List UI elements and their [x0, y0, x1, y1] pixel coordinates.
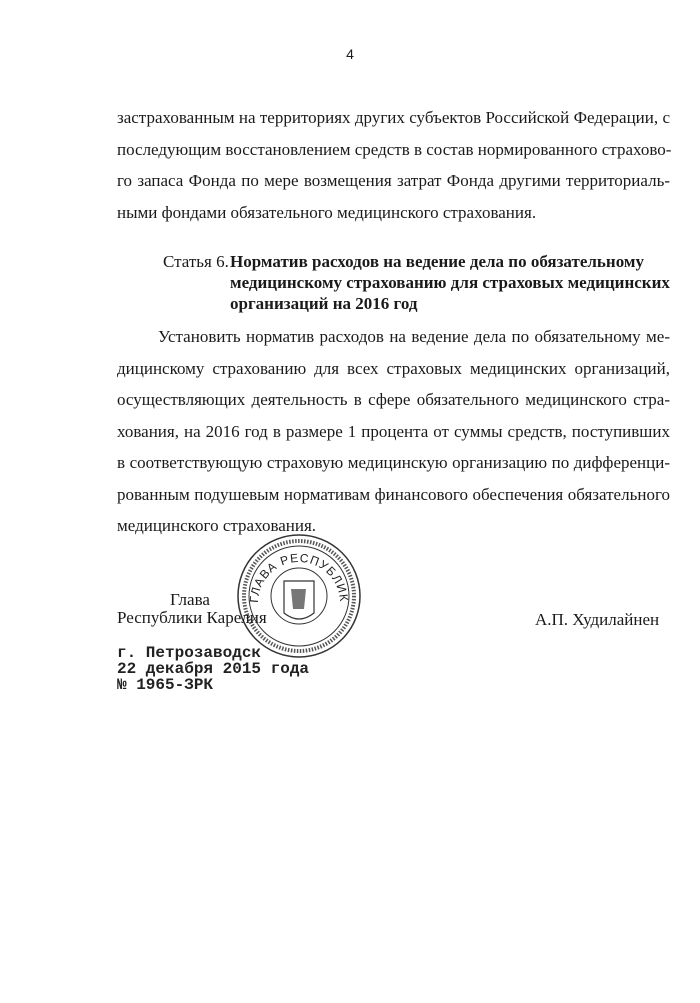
article-label: Статья 6. — [163, 251, 229, 272]
page-number: 4 — [0, 46, 700, 62]
text-line: рованным подушевым нормативам финансовог… — [117, 479, 670, 511]
title-line: медицинскому страхованию для страховых м… — [230, 272, 670, 293]
text-line: медицинского страхования. — [117, 510, 670, 542]
text-line: застрахованным на территориях других суб… — [117, 102, 670, 134]
text-line: Установить норматив расходов на ведение … — [117, 321, 670, 353]
official-seal-icon: ГЛАВА РЕСПУБЛИКИ КАРЕЛИЯ — [236, 533, 362, 659]
paragraph-continuation: застрахованным на территориях других суб… — [117, 102, 670, 228]
text-line: го запаса Фонда по мере возмещения затра… — [117, 165, 670, 197]
text-line: осуществляющих деятельность в сфере обяз… — [117, 384, 670, 416]
registration-stamp: г. Петрозаводск 22 декабря 2015 года № 1… — [117, 645, 309, 693]
stamp-date: 22 декабря 2015 года — [117, 661, 309, 677]
text-line: хования, на 2016 год в размере 1 процент… — [117, 416, 670, 448]
text-line: в соответствующую страховую медицинскую … — [117, 447, 670, 479]
stamp-city: г. Петрозаводск — [117, 645, 309, 661]
title-line: организаций на 2016 год — [230, 293, 670, 314]
signatory-position: Глава — [170, 590, 210, 610]
article-body: Установить норматив расходов на ведение … — [117, 321, 670, 542]
stamp-number: № 1965-ЗРК — [117, 677, 309, 693]
text-line: последующим восстановлением средств в со… — [117, 134, 670, 166]
title-line: Норматив расходов на ведение дела по обя… — [230, 251, 670, 272]
signatory-position-line2: Республики Карелия — [117, 608, 267, 628]
article-title: Норматив расходов на ведение дела по обя… — [230, 251, 670, 314]
text-line: дицинскому страхованию для всех страховы… — [117, 353, 670, 385]
text-line: ными фондами обязательного медицинского … — [117, 197, 670, 229]
signatory-name: А.П. Худилайнен — [535, 610, 659, 630]
